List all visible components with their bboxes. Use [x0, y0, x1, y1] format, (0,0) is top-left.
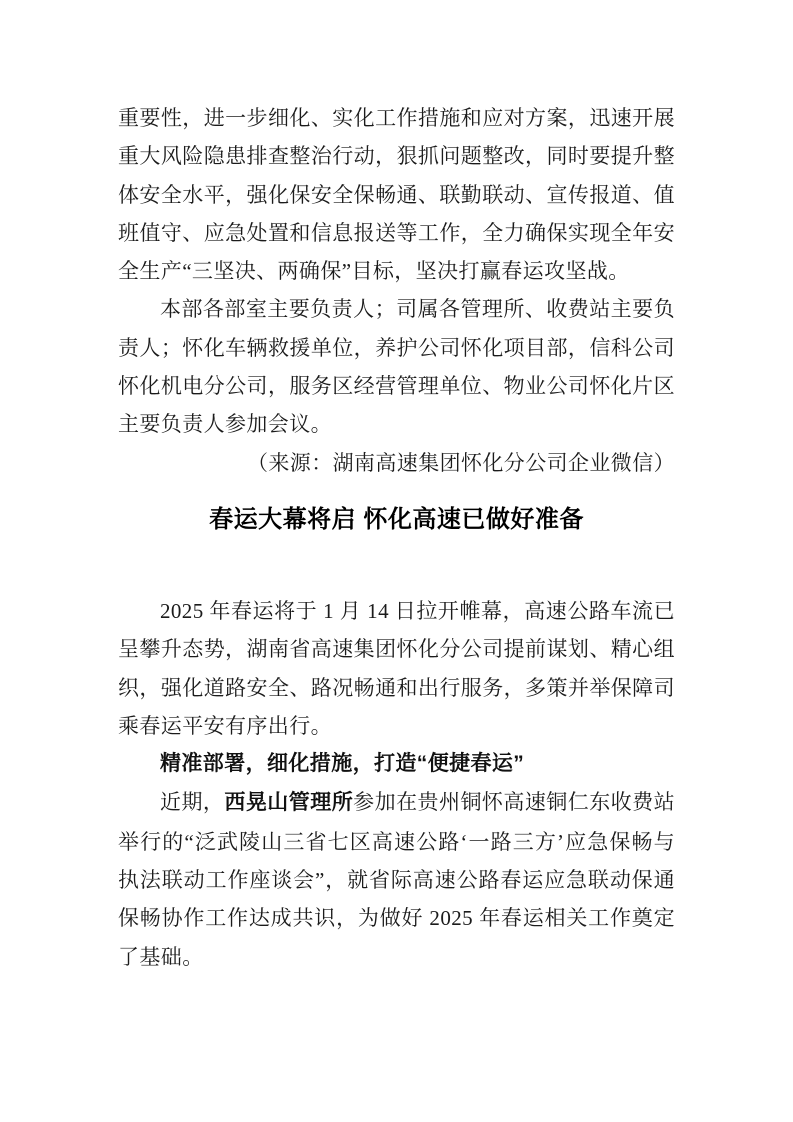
subheading-precise-deployment: 精准部署，细化措施，打造“便捷春运”: [118, 745, 675, 783]
xihuangshan-office-name: 西晃山管理所: [224, 791, 353, 814]
paragraph-xihuangshan: 近期，西晃山管理所参加在贵州铜怀高速铜仁东收费站举行的“泛武陵山三省七区高速公路…: [118, 783, 675, 975]
paragraph-intro: 2025 年春运将于 1 月 14 日拉开帷幕，高速公路车流已呈攀升态势，湖南省…: [118, 592, 675, 745]
paragraph-continuation: 重要性，进一步细化、实化工作措施和应对方案，迅速开展重大风险隐患排查整治行动，狠…: [118, 99, 675, 290]
document-page: 重要性，进一步细化、实化工作措施和应对方案，迅速开展重大风险隐患排查整治行动，狠…: [0, 0, 793, 1122]
paragraph-xihuangshan-body: 参加在贵州铜怀高速铜仁东收费站举行的“泛武陵山三省七区高速公路‘一路三方’应急保…: [118, 790, 675, 968]
paragraph-attendees: 本部各部室主要负责人；司属各管理所、收费站主要负责人；怀化车辆救援单位，养护公司…: [118, 290, 675, 443]
paragraph-xihuangshan-lead: 近期，: [160, 790, 224, 814]
article-title: 春运大幕将启 怀化高速已做好准备: [118, 500, 675, 540]
source-attribution: （来源：湖南高速集团怀化分公司企业微信）: [118, 444, 675, 482]
document-content: 重要性，进一步细化、实化工作措施和应对方案，迅速开展重大风险隐患排查整治行动，狠…: [118, 99, 675, 976]
